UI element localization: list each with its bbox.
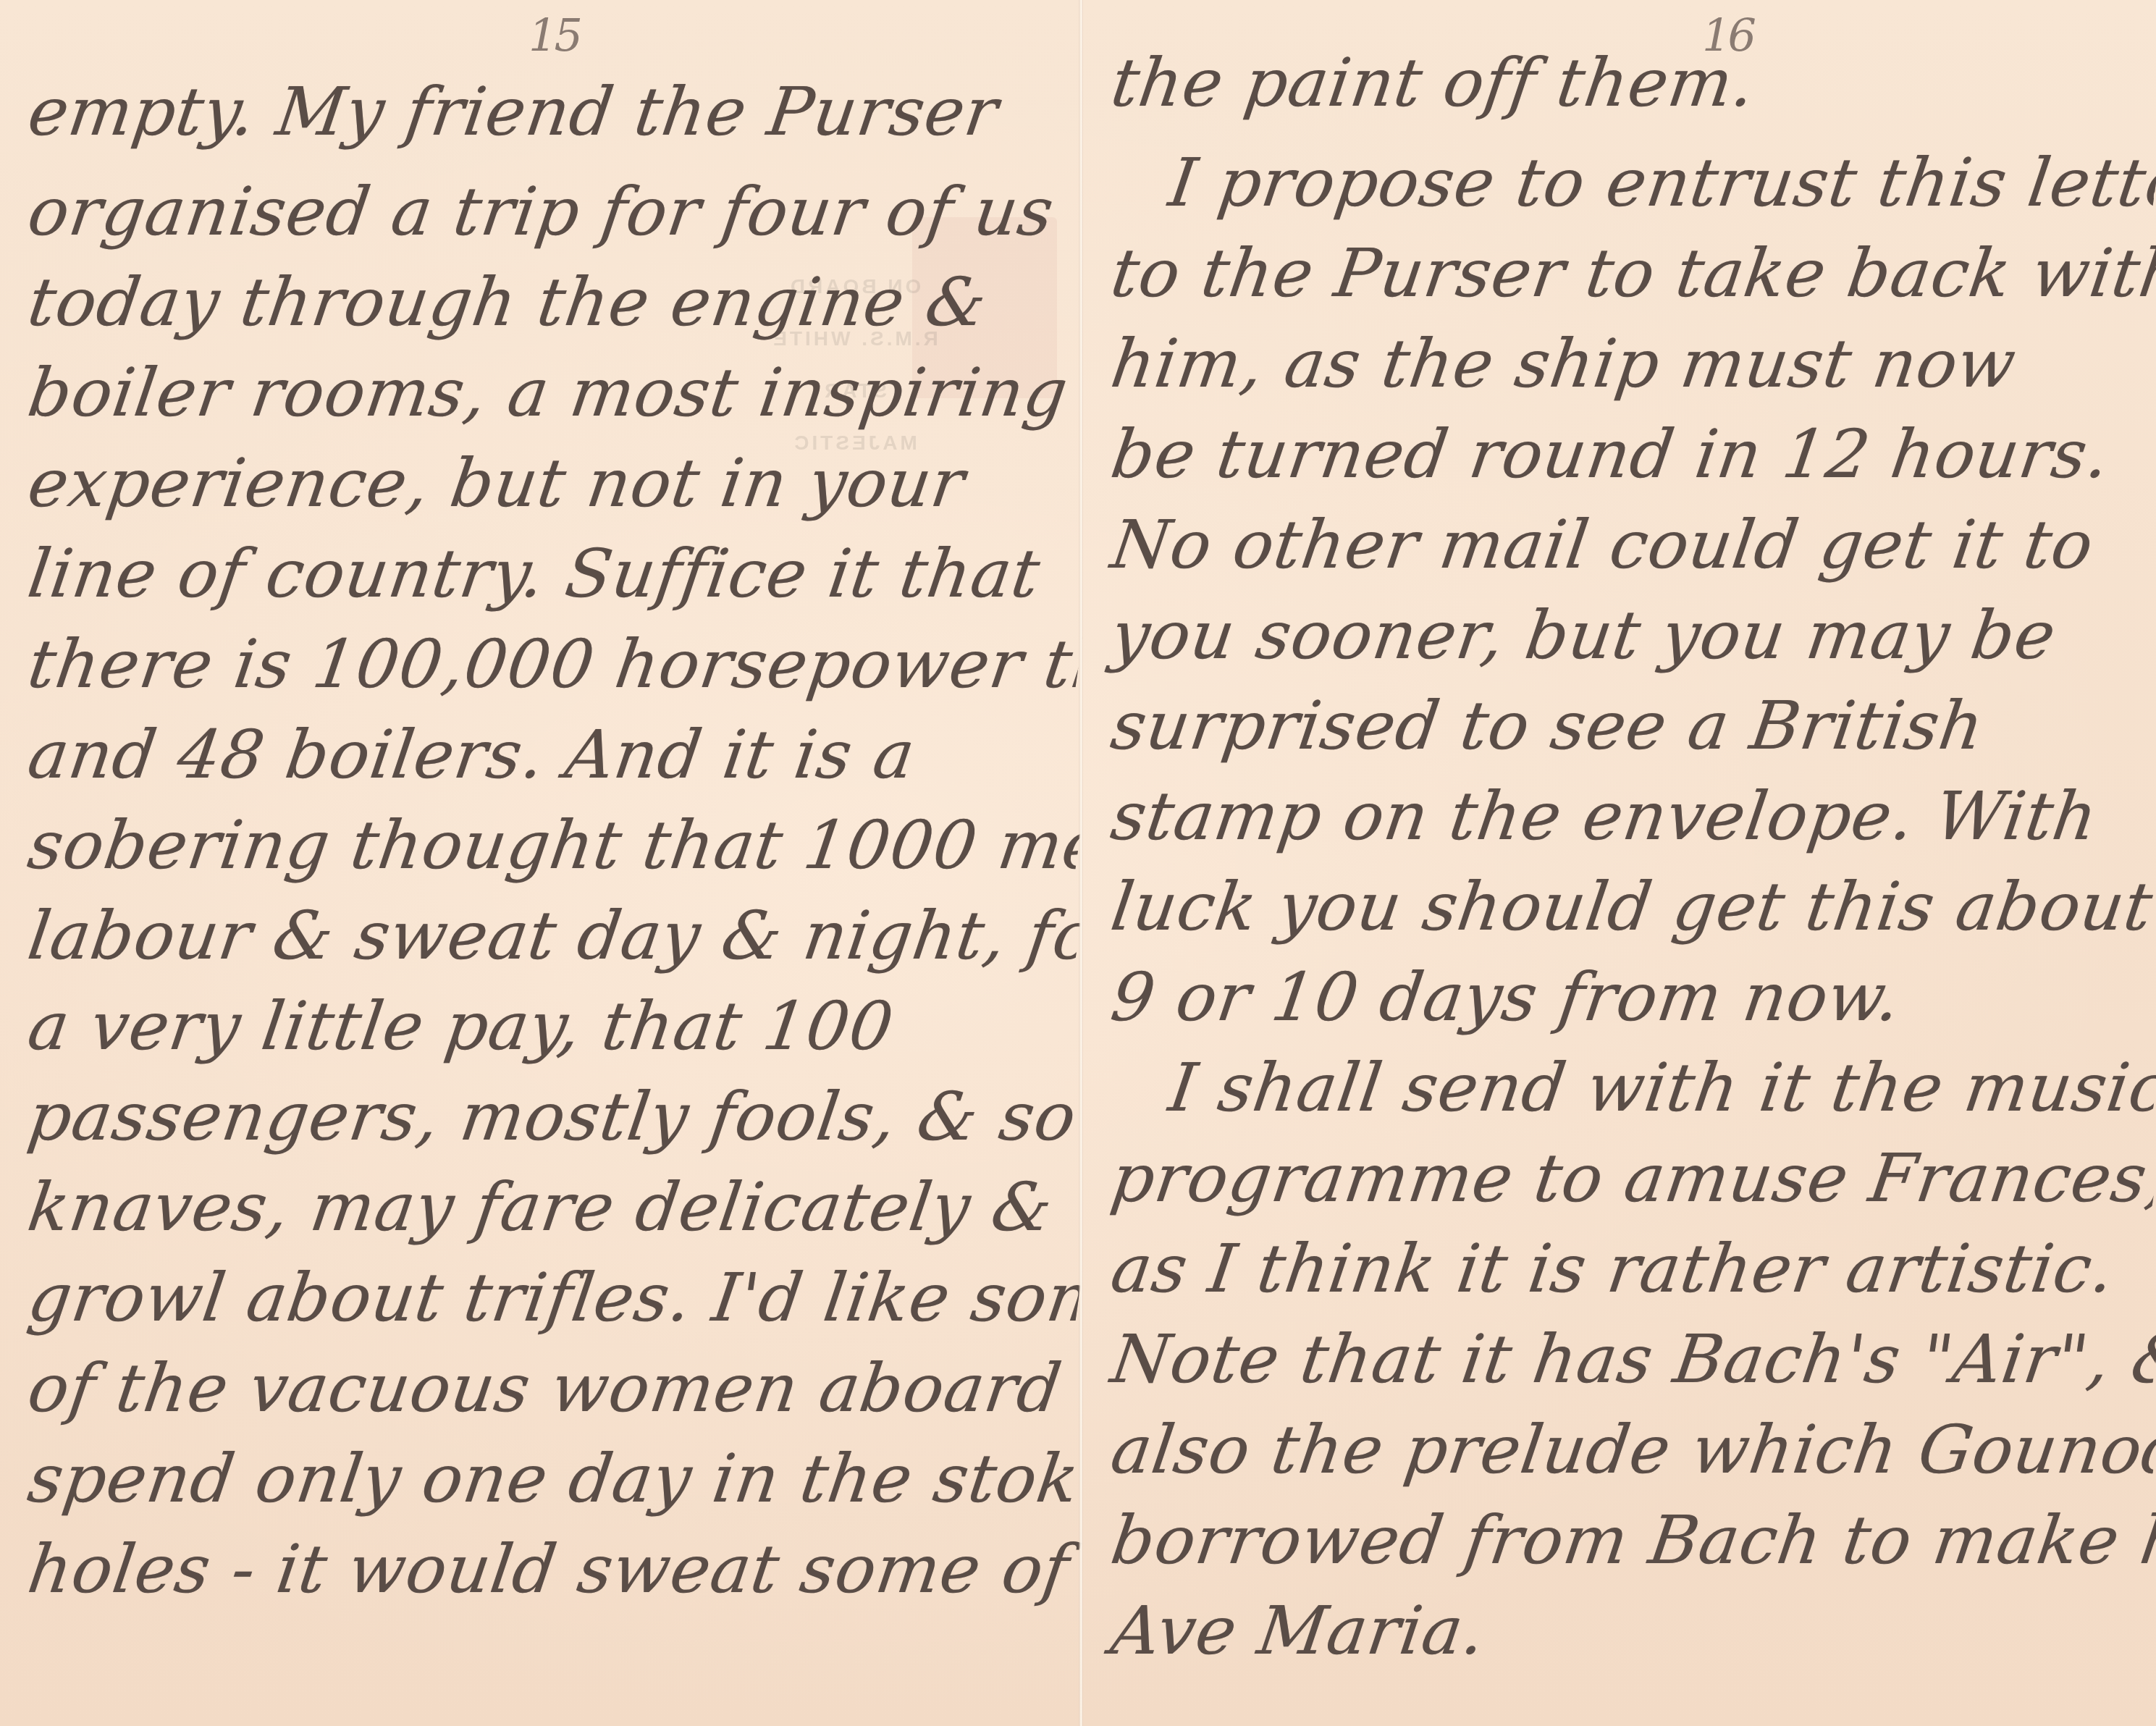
text-line: today through the engine &	[0, 257, 1085, 348]
text-line: to the Purser to take back with	[1077, 228, 2156, 319]
text-line: growl about trifles. I'd like some	[0, 1253, 1085, 1343]
text-line: there is 100,000 horsepower there,	[0, 619, 1085, 710]
text-line: as I think it is rather artistic.	[1077, 1224, 2156, 1314]
text-line: also the prelude which Gounod	[1077, 1405, 2156, 1495]
left-page: 15 empty. My friend the Purser organised…	[0, 0, 1079, 1726]
page-number: 15	[529, 9, 580, 62]
text-line: Note that it has Bach's "Air", &	[1077, 1314, 2156, 1405]
text-line: empty. My friend the Purser	[0, 58, 1087, 167]
text-line: organised a trip for four of us	[0, 167, 1085, 257]
text-line: line of country. Suffice it that	[0, 529, 1085, 619]
text-line: experience, but not in your	[0, 438, 1085, 529]
text-line: borrowed from Bach to make his	[1077, 1495, 2156, 1586]
text-line: surprised to see a British	[1077, 681, 2156, 771]
text-line: him, as the ship must now	[1077, 319, 2156, 409]
text-line: be turned round in 12 hours.	[1077, 409, 2156, 500]
text-line: sobering thought that 1000 men	[0, 800, 1085, 891]
text-line: I propose to entrust this letter	[1077, 138, 2156, 228]
text-line: you sooner, but you may be	[1077, 590, 2156, 681]
text-line: a very little pay, that 100	[0, 981, 1085, 1072]
letter-scan: ON BOARD R.M.S. WHITE STAR MAJESTIC 15 e…	[0, 0, 2156, 1726]
text-line: stamp on the envelope. With	[1077, 771, 2156, 862]
right-page: 16 the paint off them. I propose to entr…	[1083, 0, 2156, 1726]
right-page-text: the paint off them. I propose to entrust…	[1083, 29, 2156, 1676]
text-line: of the vacuous women aboard to	[0, 1343, 1085, 1434]
text-line: the paint off them.	[1075, 29, 2156, 138]
left-page-text: empty. My friend the Purser organised a …	[0, 58, 1079, 1615]
text-line: programme to amuse Frances,	[1077, 1133, 2156, 1224]
text-line: labour & sweat day & night, for	[0, 891, 1085, 981]
text-line: I shall send with it the music	[1077, 1043, 2156, 1133]
text-line: knaves, may fare delicately &	[0, 1162, 1085, 1253]
text-line: spend only one day in the stoke	[0, 1434, 1085, 1524]
text-line: boiler rooms, a most inspiring	[0, 348, 1085, 438]
text-line: No other mail could get it to	[1077, 500, 2156, 590]
text-line: Ave Maria.	[1077, 1586, 2156, 1676]
text-line: holes - it would sweat some of	[0, 1524, 1085, 1615]
text-line: luck you should get this about	[1077, 862, 2156, 952]
text-line: and 48 boilers. And it is a	[0, 710, 1085, 800]
text-line: 9 or 10 days from now.	[1077, 952, 2156, 1043]
text-line: passengers, mostly fools, & some	[0, 1072, 1085, 1162]
